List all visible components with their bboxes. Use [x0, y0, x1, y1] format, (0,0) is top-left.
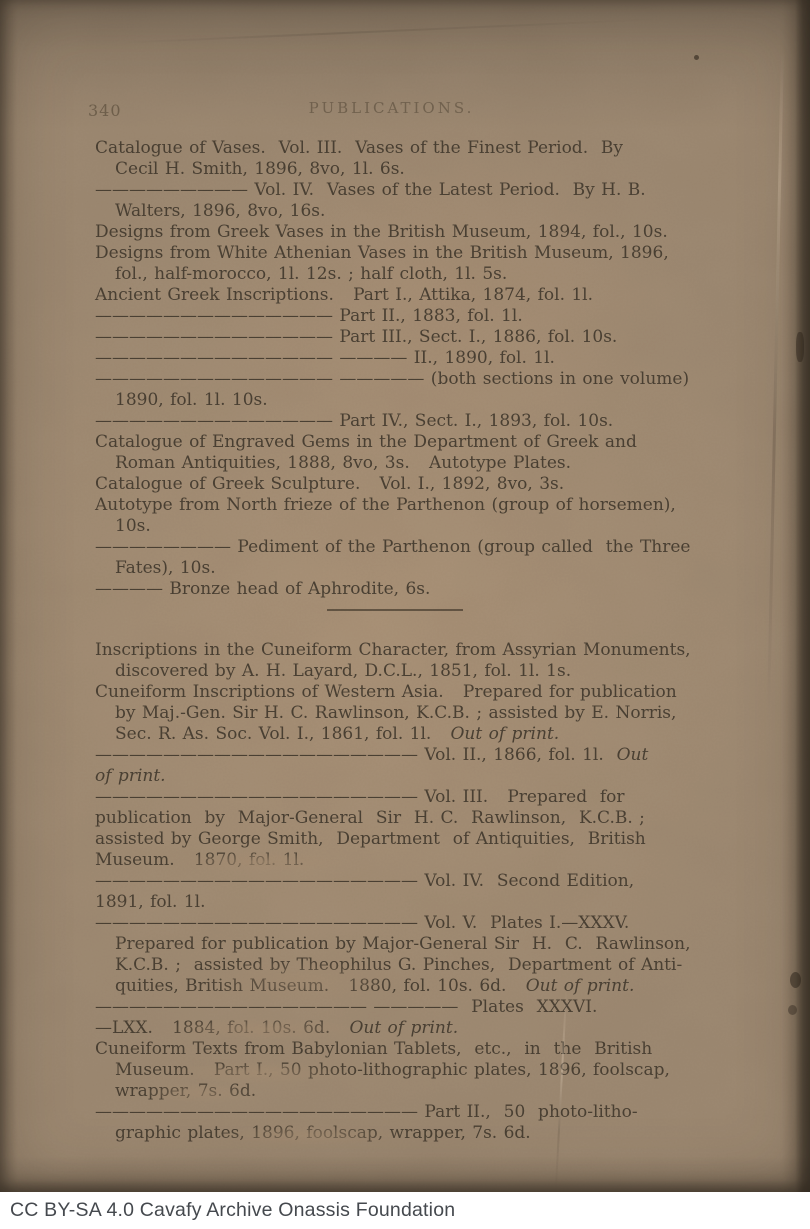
text-segment: 10s.: [115, 516, 151, 536]
text-segment: K.C.B. ; assisted by Theophilus G. Pinch…: [115, 955, 682, 975]
text-segment: ——————————————————— Vol. II., 1866, fol.…: [95, 745, 617, 765]
text-segment: Cuneiform Inscriptions of Western Asia. …: [95, 682, 677, 702]
text-segment: —————————————— Part III., Sect. I., 1886…: [95, 327, 617, 347]
text-segment: —————————————— Part II., 1883, fol. 1l.: [95, 306, 523, 326]
text-line: quities, British Museum. 1880, fol. 10s.…: [95, 976, 695, 997]
text-segment: Designs from White Athenian Vases in the…: [95, 243, 669, 263]
text-line: —LXX. 1884, fol. 10s. 6d. Out of print.: [95, 1018, 695, 1039]
text-line: Catalogue of Engraved Gems in the Depart…: [95, 432, 695, 453]
paper-stain: [790, 972, 801, 988]
text-line: by Maj.-Gen. Sir H. C. Rawlinson, K.C.B.…: [95, 703, 695, 724]
text-segment: Fates), 10s.: [115, 558, 216, 578]
text-line: Walters, 1896, 8vo, 16s.: [95, 201, 695, 222]
text-line: —————————————— Part III., Sect. I., 1886…: [95, 327, 695, 348]
text-segment: —————————————— ————— (both sections in o…: [95, 369, 689, 389]
text-line: Museum. 1870, fol. 1l.: [95, 850, 695, 871]
text-line: ———————————————— ————— Plates XXXVI.: [95, 997, 695, 1018]
text-line: —————————————— ———— II., 1890, fol. 1l.: [95, 348, 695, 369]
text-segment: Museum. Part I., 50 photo-lithographic p…: [115, 1060, 670, 1080]
text-segment: publication by Major-General Sir H. C. R…: [95, 808, 645, 828]
text-line: ———— Bronze head of Aphrodite, 6s.: [95, 579, 695, 600]
text-segment: Cecil H. Smith, 1896, 8vo, 1l. 6s.: [115, 159, 405, 179]
text-line: Inscriptions in the Cuneiform Character,…: [95, 640, 695, 661]
text-line: Roman Antiquities, 1888, 8vo, 3s. Autoty…: [95, 453, 695, 474]
text-line: K.C.B. ; assisted by Theophilus G. Pinch…: [95, 955, 695, 976]
text-segment: —LXX. 1884, fol. 10s. 6d.: [95, 1018, 349, 1038]
text-line: fol., half-morocco, 1l. 12s. ; half clot…: [95, 264, 695, 285]
text-segment: Autotype from North frieze of the Parthe…: [95, 495, 676, 515]
text-segment: ————————— Vol. IV. Vases of the Latest P…: [95, 180, 646, 200]
text-line: Cuneiform Texts from Babylonian Tablets,…: [95, 1039, 695, 1060]
text-line: assisted by George Smith, Department of …: [95, 829, 695, 850]
italic-text-segment: Out of print.: [451, 724, 560, 744]
text-line: graphic plates, 1896, foolscap, wrapper,…: [95, 1123, 695, 1144]
text-line: Ancient Greek Inscriptions. Part I., Att…: [95, 285, 695, 306]
text-segment: Prepared for publication by Major-Genera…: [115, 934, 691, 954]
text-line: Museum. Part I., 50 photo-lithographic p…: [95, 1060, 695, 1081]
text-lines: Catalogue of Vases. Vol. III. Vases of t…: [95, 138, 695, 1144]
text-segment: Catalogue of Vases. Vol. III. Vases of t…: [95, 138, 623, 158]
text-line: Fates), 10s.: [95, 558, 695, 579]
text-line: of print.: [95, 766, 695, 787]
text-line: —————————————— Part II., 1883, fol. 1l.: [95, 306, 695, 327]
text-segment: ———————— Pediment of the Parthenon (grou…: [95, 537, 690, 557]
text-line: Cecil H. Smith, 1896, 8vo, 1l. 6s.: [95, 159, 695, 180]
text-segment: by Maj.-Gen. Sir H. C. Rawlinson, K.C.B.…: [115, 703, 676, 723]
italic-text-segment: Out: [617, 745, 649, 765]
paper-stain: [796, 332, 804, 362]
text-line: —————————————— Part IV., Sect. I., 1893,…: [95, 411, 695, 432]
text-segment: quities, British Museum. 1880, fol. 10s.…: [115, 976, 526, 996]
text-line: Sec. R. As. Soc. Vol. I., 1861, fol. 1l.…: [95, 724, 695, 745]
text-segment: —————————————— Part IV., Sect. I., 1893,…: [95, 411, 613, 431]
book-page-photo: 340 PUBLICATIONS. Catalogue of Vases. Vo…: [0, 0, 810, 1192]
page-header: 340 PUBLICATIONS.: [88, 99, 695, 121]
italic-text-segment: Out of print.: [526, 976, 635, 996]
text-line: ———————— Pediment of the Parthenon (grou…: [95, 537, 695, 558]
text-line: Prepared for publication by Major-Genera…: [95, 934, 695, 955]
text-segment: assisted by George Smith, Department of …: [95, 829, 646, 849]
text-segment: Museum. 1870, fol. 1l.: [95, 850, 304, 870]
text-segment: fol., half-morocco, 1l. 12s. ; half clot…: [115, 264, 507, 284]
text-segment: discovered by A. H. Layard, D.C.L., 1851…: [115, 661, 571, 681]
text-line: Designs from White Athenian Vases in the…: [95, 243, 695, 264]
text-segment: Sec. R. As. Soc. Vol. I., 1861, fol. 1l.: [115, 724, 451, 744]
text-line: ——————————————————— Vol. IV. Second Edit…: [95, 871, 695, 892]
text-segment: ———— Bronze head of Aphrodite, 6s.: [95, 579, 430, 599]
license-bar: CC BY-SA 4.0 Cavafy Archive Onassis Foun…: [0, 1192, 810, 1229]
section-divider: [327, 609, 463, 611]
text-segment: 1891, fol. 1l.: [95, 892, 206, 912]
text-line: discovered by A. H. Layard, D.C.L., 1851…: [95, 661, 695, 682]
text-line: —————————————— ————— (both sections in o…: [95, 369, 695, 390]
text-segment: —————————————— ———— II., 1890, fol. 1l.: [95, 348, 555, 368]
text-line: Catalogue of Vases. Vol. III. Vases of t…: [95, 138, 695, 159]
text-segment: Catalogue of Greek Sculpture. Vol. I., 1…: [95, 474, 564, 494]
license-text: CC BY-SA 4.0 Cavafy Archive Onassis Foun…: [10, 1199, 455, 1222]
text-segment: ———————————————— ————— Plates XXXVI.: [95, 997, 597, 1017]
paper-crease: [120, 18, 660, 44]
text-segment: Inscriptions in the Cuneiform Character,…: [95, 640, 691, 660]
text-segment: ——————————————————— Vol. V. Plates I.—XX…: [95, 913, 629, 933]
text-segment: Cuneiform Texts from Babylonian Tablets,…: [95, 1039, 652, 1059]
paper-stain: [694, 55, 699, 60]
text-segment: 1890, fol. 1l. 10s.: [115, 390, 268, 410]
text-line: ——————————————————— Vol. II., 1866, fol.…: [95, 745, 695, 766]
paper-stain: [788, 1005, 797, 1015]
italic-text-segment: Out of print.: [349, 1018, 458, 1038]
text-segment: wrapper, 7s. 6d.: [115, 1081, 256, 1101]
text-line: Cuneiform Inscriptions of Western Asia. …: [95, 682, 695, 703]
text-segment: ——————————————————— Part II., 50 photo-l…: [95, 1102, 638, 1122]
text-segment: Ancient Greek Inscriptions. Part I., Att…: [95, 285, 593, 305]
italic-text-segment: of print.: [95, 766, 166, 786]
text-segment: ——————————————————— Vol. IV. Second Edit…: [95, 871, 634, 891]
paper-crease: [767, 50, 784, 710]
text-line: ——————————————————— Vol. V. Plates I.—XX…: [95, 913, 695, 934]
text-segment: Walters, 1896, 8vo, 16s.: [115, 201, 325, 221]
text-line: Autotype from North frieze of the Parthe…: [95, 495, 695, 516]
text-segment: Roman Antiquities, 1888, 8vo, 3s. Autoty…: [115, 453, 571, 473]
text-line: 10s.: [95, 516, 695, 537]
text-segment: Designs from Greek Vases in the British …: [95, 222, 668, 242]
text-line: Designs from Greek Vases in the British …: [95, 222, 695, 243]
text-segment: ——————————————————— Vol. III. Prepared f…: [95, 787, 625, 807]
text-line: Catalogue of Greek Sculpture. Vol. I., 1…: [95, 474, 695, 495]
running-title: PUBLICATIONS.: [88, 99, 695, 117]
text-line: wrapper, 7s. 6d.: [95, 1081, 695, 1102]
text-line: ——————————————————— Part II., 50 photo-l…: [95, 1102, 695, 1123]
text-segment: graphic plates, 1896, foolscap, wrapper,…: [115, 1123, 531, 1143]
text-line: 1890, fol. 1l. 10s.: [95, 390, 695, 411]
text-line: publication by Major-General Sir H. C. R…: [95, 808, 695, 829]
text-line: ——————————————————— Vol. III. Prepared f…: [95, 787, 695, 808]
text-line: 1891, fol. 1l.: [95, 892, 695, 913]
text-line: ————————— Vol. IV. Vases of the Latest P…: [95, 180, 695, 201]
text-segment: Catalogue of Engraved Gems in the Depart…: [95, 432, 637, 452]
